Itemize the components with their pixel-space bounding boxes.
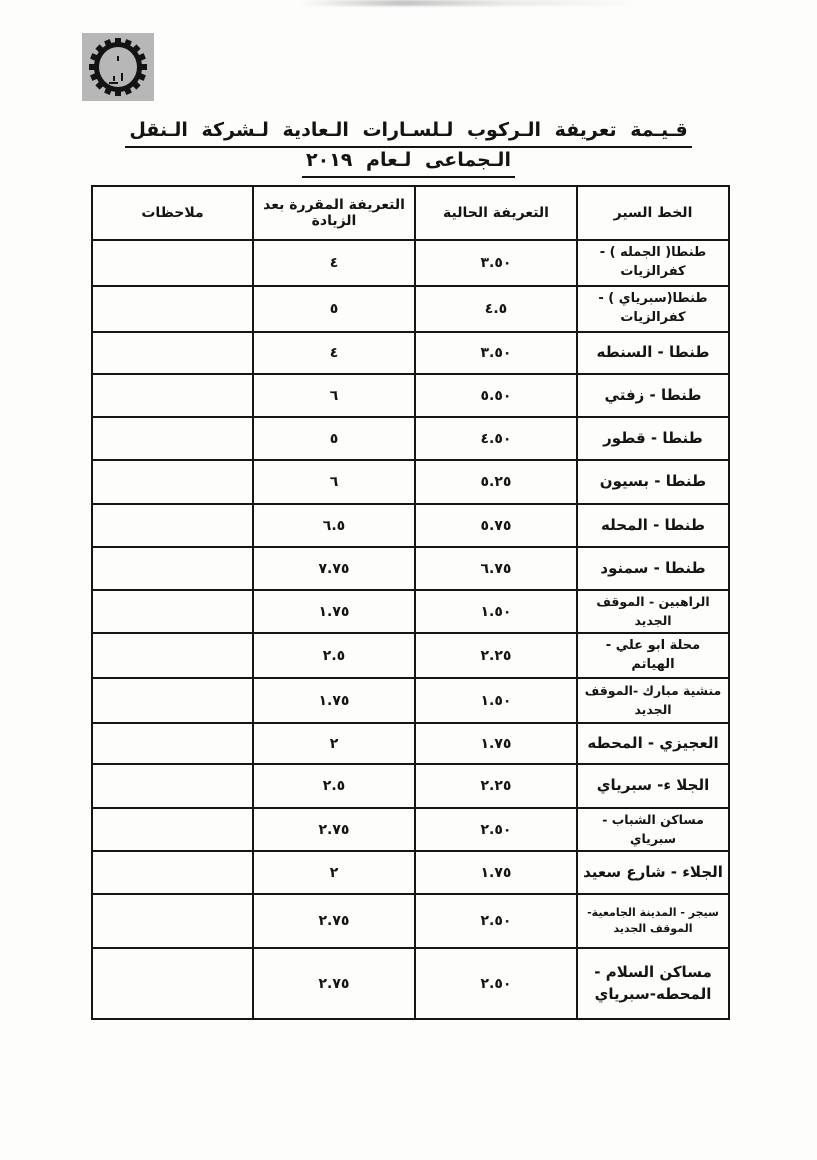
header-new-tariff: التعريفة المقررة بعد الزيادة [253,186,415,240]
route-cell: طنطا(سبرياي ) - كفرالزيات [577,286,729,332]
route-cell: طنطا - السنطه [577,332,729,374]
route-cell: سيجر - المدينة الجامعية- الموقف الجديد [577,894,729,948]
current-tariff-cell: ٢.٥٠ [415,808,577,851]
notes-cell [92,723,253,764]
route-cell: طنطا - بسيون [577,460,729,504]
new-tariff-cell: ٢ [253,723,415,764]
new-tariff-cell: ٤ [253,240,415,286]
route-cell: مساكن السلام - المحطه-سبرياي [577,948,729,1019]
scan-artifact [300,0,640,6]
notes-cell [92,332,253,374]
current-tariff-cell: ٤.٥ [415,286,577,332]
table-row: طنطا - المحله ٥.٧٥ ٦.٥ [92,504,729,547]
notes-cell [92,808,253,851]
table-row: العجيزي - المحطه ١.٧٥ ٢ [92,723,729,764]
table-row: طنطا(سبرياي ) - كفرالزيات ٤.٥ ٥ [92,286,729,332]
notes-cell [92,460,253,504]
notes-cell [92,240,253,286]
notes-cell [92,678,253,723]
table-row: محلة ابو علي - الهياتم ٢.٢٥ ٢.٥ [92,633,729,678]
notes-cell [92,851,253,894]
route-cell: منشية مبارك -الموقف الجديد [577,678,729,723]
table-row: مساكن السلام - المحطه-سبرياي ٢.٥٠ ٢.٧٥ [92,948,729,1019]
title-line-1: قـيـمة تعريفة الـركوب لـلسـارات الـعادية… [125,119,691,148]
new-tariff-cell: ٤ [253,332,415,374]
route-cell: طنطا - زفتي [577,374,729,417]
table-row: مساكن الشباب - سبرياي ٢.٥٠ ٢.٧٥ [92,808,729,851]
new-tariff-cell: ٦ [253,374,415,417]
table-row: سيجر - المدينة الجامعية- الموقف الجديد ٢… [92,894,729,948]
route-cell: مساكن الشباب - سبرياي [577,808,729,851]
current-tariff-cell: ٤.٥٠ [415,417,577,460]
new-tariff-cell: ٢.٧٥ [253,808,415,851]
new-tariff-cell: ١.٧٥ [253,678,415,723]
current-tariff-cell: ١.٧٥ [415,851,577,894]
table-row: منشية مبارك -الموقف الجديد ١.٥٠ ١.٧٥ [92,678,729,723]
current-tariff-cell: ٥.٧٥ [415,504,577,547]
notes-cell [92,417,253,460]
new-tariff-cell: ٢.٥ [253,764,415,808]
current-tariff-cell: ٢.٢٥ [415,633,577,678]
title-line-2: الـجماعى لـعام ٢٠١٩ [302,149,515,178]
new-tariff-cell: ٢.٧٥ [253,894,415,948]
current-tariff-cell: ٥.٥٠ [415,374,577,417]
new-tariff-cell: ٦ [253,460,415,504]
table-row: طنطا( الجمله ) - كفرالزيات ٣.٥٠ ٤ [92,240,729,286]
table-row: طنطا - قطور ٤.٥٠ ٥ [92,417,729,460]
route-cell: طنطا - قطور [577,417,729,460]
current-tariff-cell: ١.٥٠ [415,590,577,633]
notes-cell [92,764,253,808]
notes-cell [92,504,253,547]
scanned-document-page: قـيـمة تعريفة الـركوب لـلسـارات الـعادية… [0,0,817,1160]
route-cell: طنطا - سمنود [577,547,729,590]
header-notes: ملاحظات [92,186,253,240]
route-cell: الراهبين - الموقف الجديد [577,590,729,633]
new-tariff-cell: ٢ [253,851,415,894]
fare-table-container: الخط السير التعريفة الحالية التعريفة الم… [91,185,730,1020]
route-cell: العجيزي - المحطه [577,723,729,764]
notes-cell [92,286,253,332]
new-tariff-cell: ٥ [253,286,415,332]
current-tariff-cell: ٢.٢٥ [415,764,577,808]
new-tariff-cell: ٧.٧٥ [253,547,415,590]
fare-table: الخط السير التعريفة الحالية التعريفة الم… [91,185,730,1020]
current-tariff-cell: ٢.٥٠ [415,948,577,1019]
new-tariff-cell: ٦.٥ [253,504,415,547]
route-cell: محلة ابو علي - الهياتم [577,633,729,678]
notes-cell [92,894,253,948]
new-tariff-cell: ١.٧٥ [253,590,415,633]
notes-cell [92,374,253,417]
current-tariff-cell: ١.٥٠ [415,678,577,723]
current-tariff-cell: ٦.٧٥ [415,547,577,590]
table-row: طنطا - زفتي ٥.٥٠ ٦ [92,374,729,417]
route-cell: الجلاء - شارع سعيد [577,851,729,894]
current-tariff-cell: ٣.٥٠ [415,240,577,286]
new-tariff-cell: ٢.٧٥ [253,948,415,1019]
notes-cell [92,633,253,678]
new-tariff-cell: ٥ [253,417,415,460]
table-row: طنطا - السنطه ٣.٥٠ ٤ [92,332,729,374]
notes-cell [92,547,253,590]
current-tariff-cell: ٥.٢٥ [415,460,577,504]
notes-cell [92,948,253,1019]
route-cell: الجلا ء- سبرياي [577,764,729,808]
table-header-row: الخط السير التعريفة الحالية التعريفة الم… [92,186,729,240]
current-tariff-cell: ١.٧٥ [415,723,577,764]
company-seal [82,33,154,101]
table-row: الجلا ء- سبرياي ٢.٢٥ ٢.٥ [92,764,729,808]
current-tariff-cell: ٢.٥٠ [415,894,577,948]
table-row: طنطا - بسيون ٥.٢٥ ٦ [92,460,729,504]
route-cell: طنطا - المحله [577,504,729,547]
table-row: الراهبين - الموقف الجديد ١.٥٠ ١.٧٥ [92,590,729,633]
table-row: الجلاء - شارع سعيد ١.٧٥ ٢ [92,851,729,894]
table-row: طنطا - سمنود ٦.٧٥ ٧.٧٥ [92,547,729,590]
route-cell: طنطا( الجمله ) - كفرالزيات [577,240,729,286]
header-route: الخط السير [577,186,729,240]
page-title: قـيـمة تعريفة الـركوب لـلسـارات الـعادية… [0,119,817,178]
current-tariff-cell: ٣.٥٠ [415,332,577,374]
new-tariff-cell: ٢.٥ [253,633,415,678]
notes-cell [92,590,253,633]
header-current-tariff: التعريفة الحالية [415,186,577,240]
gear-icon [85,36,151,98]
